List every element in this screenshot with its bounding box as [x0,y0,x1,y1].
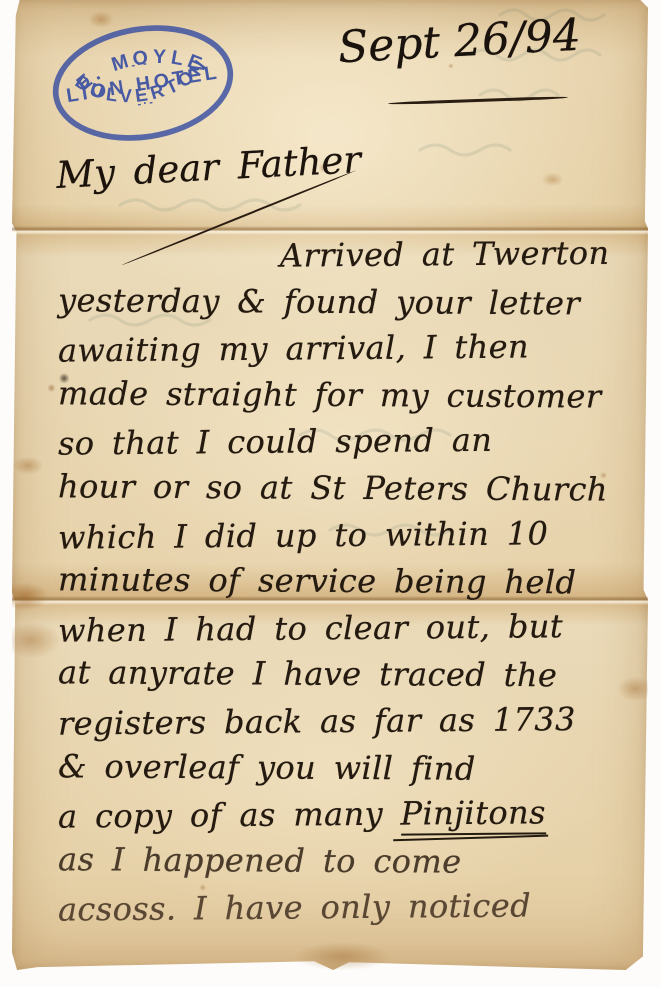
stamp-divider-top: -·- [130,57,149,72]
body-line: at anyrate I have traced the [58,654,650,704]
body-line: registers back as far as 1733 [58,699,650,751]
body-line-with-surname: a copy of as many Pinjitons [58,793,650,845]
body-line: acsoss. I have only noticed [58,886,650,938]
body-line: made straight for my customer [58,374,650,424]
body-line: hour or so at St Peters Church [58,467,650,517]
body-line: yesterday & found your letter [58,281,650,331]
letter-body: Arrived at Twerton yesterday & found you… [58,236,650,935]
body-line: minutes of service being held [58,560,650,610]
underlined-surname: Pinjitons [400,793,546,835]
body-line: Arrived at Twerton [58,233,650,285]
body-line-prefix: a copy of as many [58,795,401,836]
body-line: awaiting my arrival, I then [58,327,650,379]
body-line: & overleaf you will find [58,747,650,797]
letter-scan: E. MOYLE -·- LION HOTEL -·- DULVERTON Se… [0,0,662,987]
body-line: when I had to clear out, but [58,606,650,658]
body-line: which I did up to within 10 [58,513,650,565]
body-line: so that I could spend an [58,420,650,472]
body-line: as I happened to come [58,840,650,890]
